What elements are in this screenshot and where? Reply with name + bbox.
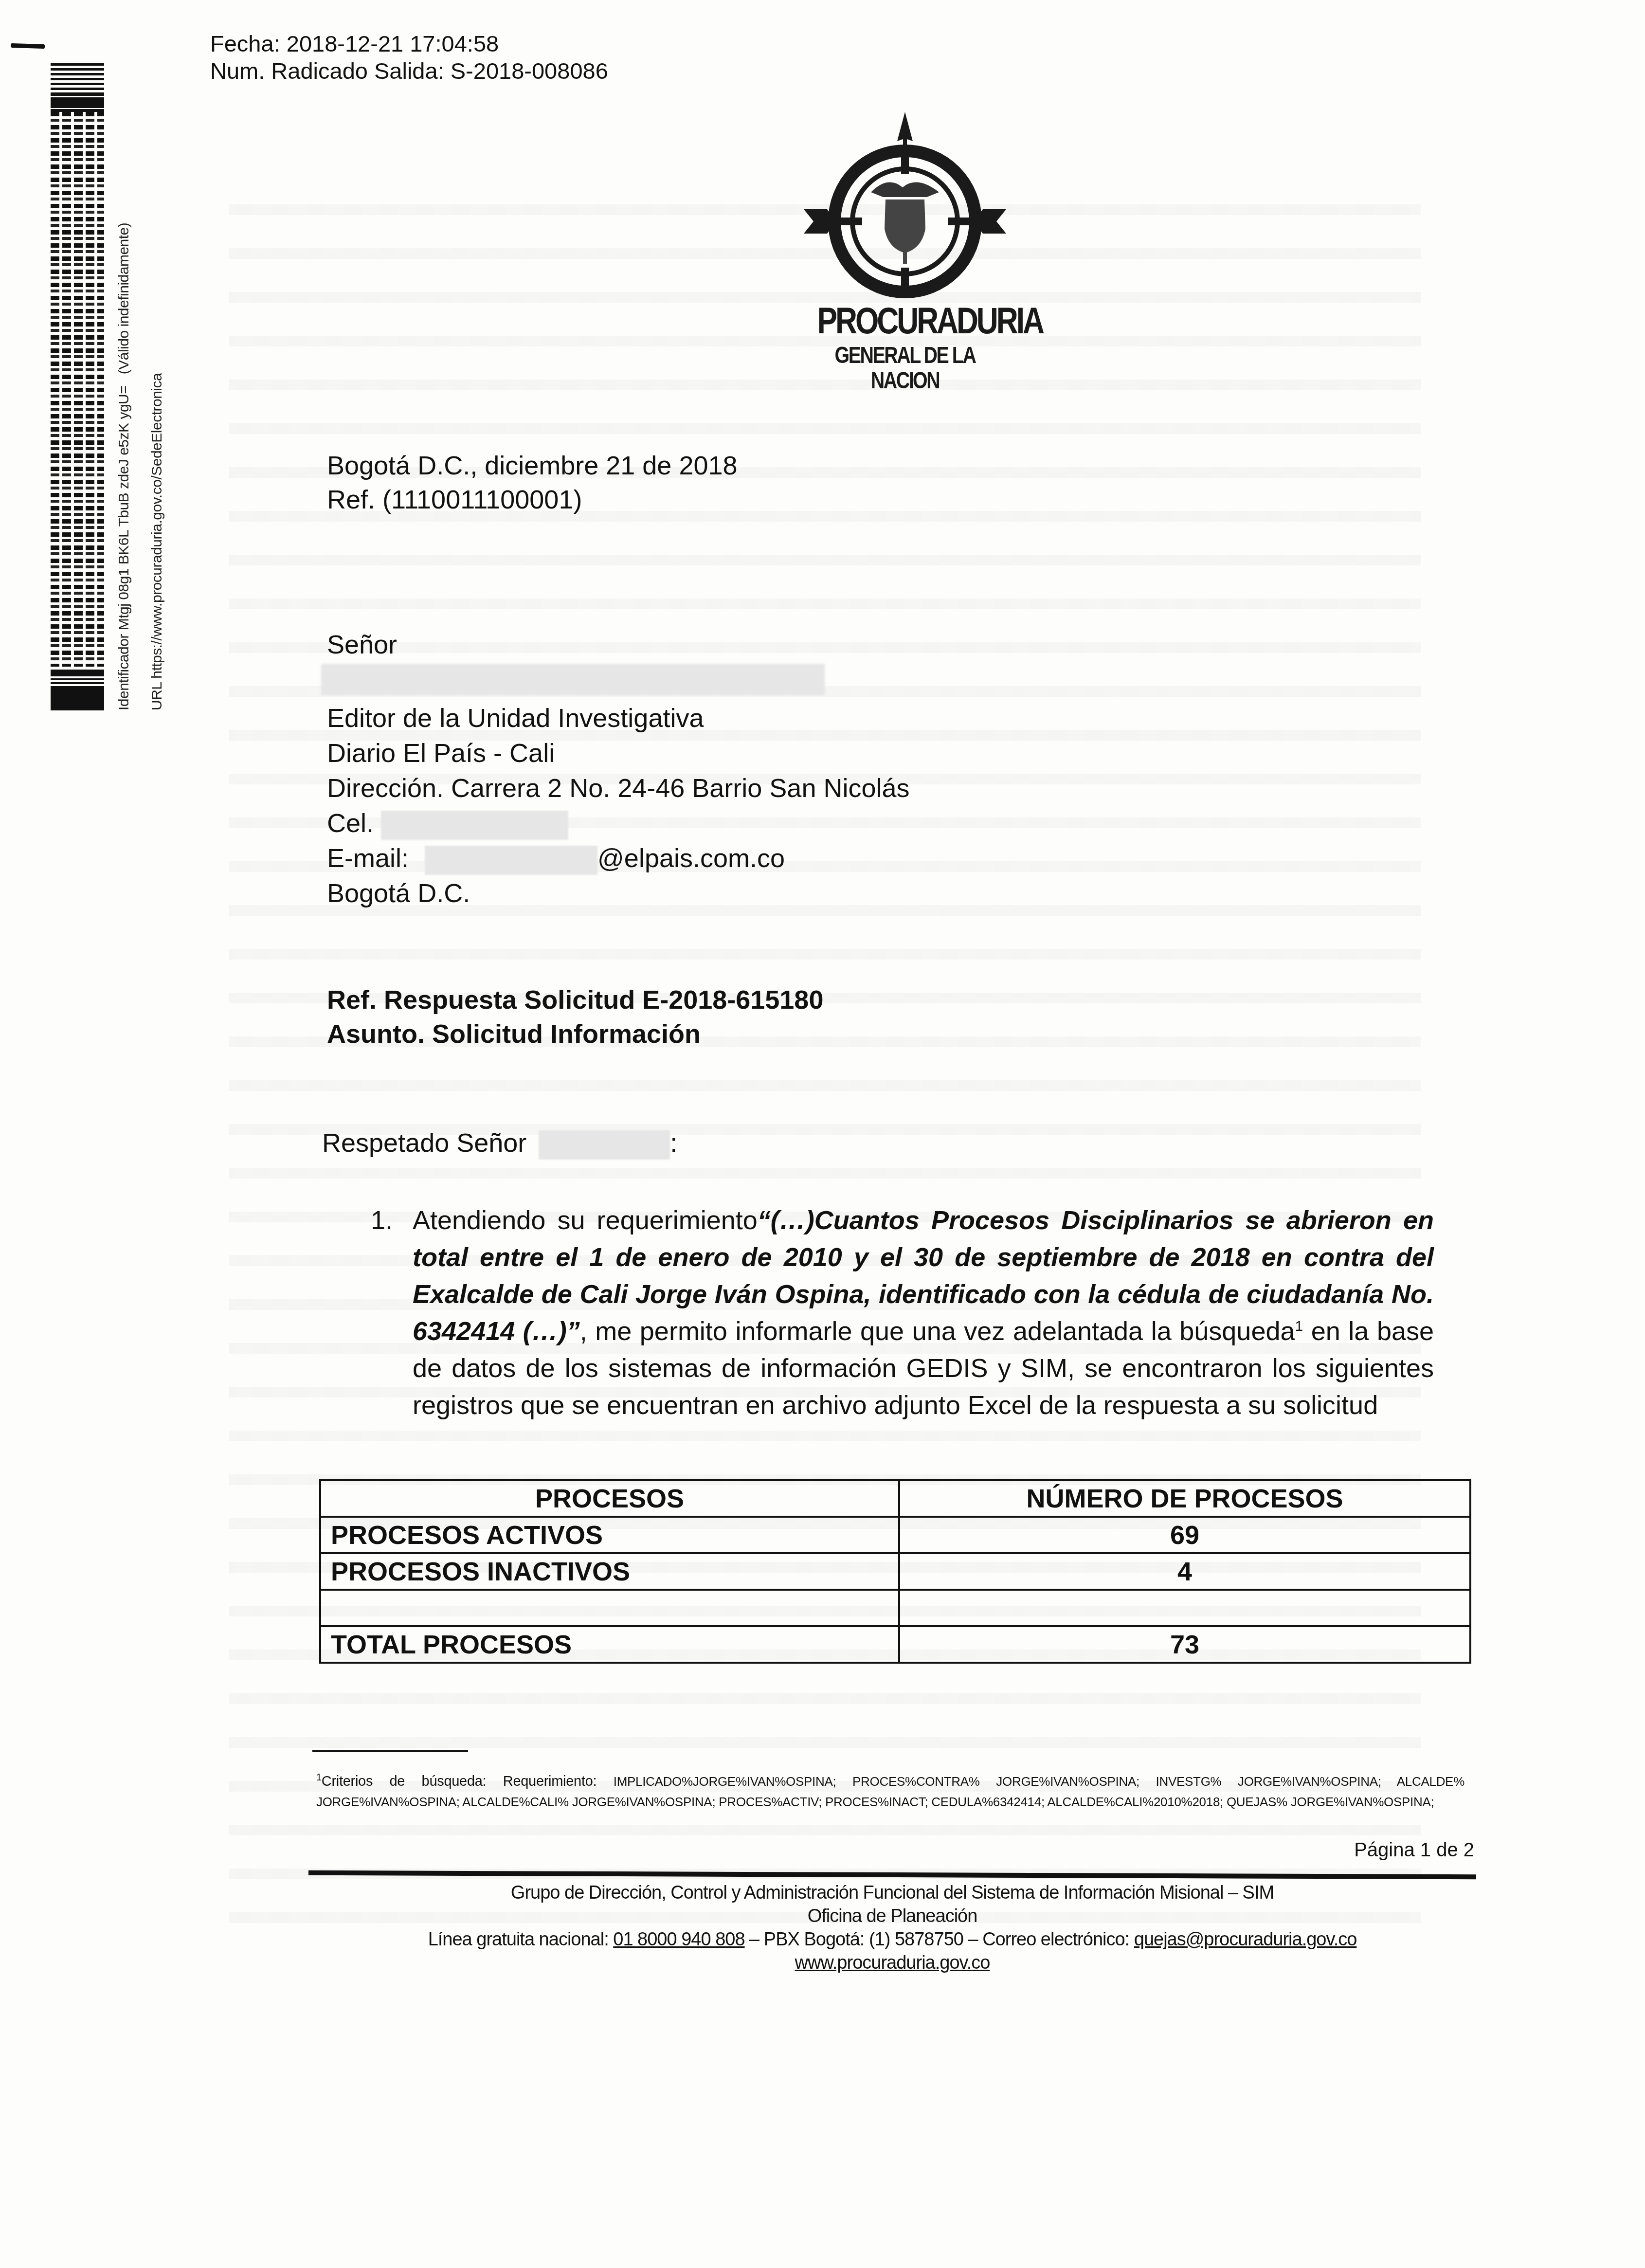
table-row-total: TOTAL PROCESOS 73: [320, 1626, 1470, 1663]
footnote-marker: 1: [316, 1772, 322, 1783]
barcode-identifier-text: Identificador Mtgj 08g1 BK6L TbuB zdeJ e…: [116, 223, 132, 710]
barcode-stop-pattern: [51, 671, 104, 710]
response-reference: Ref. Respuesta Solicitud E-2018-615180: [327, 983, 823, 1017]
barcode-start-pattern: [51, 63, 104, 92]
logo-subtitle: GENERAL DE LA NACION: [817, 343, 993, 394]
paper-bleed-through: [229, 185, 1421, 1937]
complaints-email-link[interactable]: quejas@procuraduria.gov.co: [1134, 1929, 1357, 1950]
item-paragraph: Atendiendo su requerimiento“(…)Cuantos P…: [413, 1202, 1434, 1424]
recipient-city: Bogotá D.C.: [327, 876, 910, 911]
redacted-surname: [539, 1130, 670, 1160]
internal-reference: Ref. (1110011100001): [327, 483, 738, 517]
salutation-title: Señor: [327, 628, 397, 662]
greeting: Respetado Señor :: [322, 1128, 677, 1160]
recipient-address: Dirección. Carrera 2 No. 24-46 Barrio Sa…: [327, 771, 910, 806]
row-label: [320, 1590, 899, 1626]
table-header-row: PROCESOS NÚMERO DE PROCESOS: [320, 1480, 1470, 1517]
recipient-cel: Cel.: [327, 806, 910, 841]
column-header-processes: PROCESOS: [320, 1480, 899, 1517]
logo-title: PROCURADURIA: [817, 302, 993, 341]
footnote-separator: [312, 1750, 468, 1752]
filing-date: Fecha: 2018-12-21 17:04:58: [210, 30, 608, 57]
table-row: PROCESOS ACTIVOS 69: [320, 1517, 1470, 1553]
row-value: [899, 1590, 1470, 1626]
process-count-table: PROCESOS NÚMERO DE PROCESOS PROCESOS ACT…: [319, 1479, 1471, 1664]
crosshair-coat-of-arms-icon: [798, 107, 1012, 302]
barcode-url-text: URL https://www.procuraduria.gov.co/Sede…: [149, 373, 165, 710]
table-row-empty: [320, 1590, 1470, 1626]
item-number: 1.: [371, 1202, 393, 1239]
footer-department: Grupo de Dirección, Control y Administra…: [308, 1881, 1476, 1905]
redacted-phone: [381, 811, 568, 840]
row-label: PROCESOS INACTIVOS: [320, 1553, 899, 1590]
footer-website: www.procuraduria.gov.co: [308, 1951, 1476, 1975]
row-value: 4: [899, 1553, 1470, 1590]
pen-mark: [11, 43, 45, 49]
recipient-email: E-mail: @elpais.com.co: [327, 841, 910, 876]
column-header-count: NÚMERO DE PROCESOS: [899, 1480, 1470, 1517]
subject-block: Ref. Respuesta Solicitud E-2018-615180 A…: [327, 983, 823, 1051]
subject-line: Asunto. Solicitud Información: [327, 1017, 823, 1051]
free-phone-link[interactable]: 01 8000 940 808: [613, 1929, 744, 1950]
website-link[interactable]: www.procuraduria.gov.co: [795, 1953, 990, 1973]
redacted-recipient-name: [321, 664, 825, 695]
date-reference-block: Bogotá D.C., diciembre 21 de 2018 Ref. (…: [327, 449, 738, 517]
row-label: TOTAL PROCESOS: [320, 1626, 899, 1663]
footer-rule: [308, 1870, 1476, 1879]
place-date: Bogotá D.C., diciembre 21 de 2018: [327, 449, 738, 483]
recipient-address-block: Editor de la Unidad Investigativa Diario…: [327, 701, 910, 911]
barcode-start-block: [51, 97, 104, 108]
row-value: 73: [899, 1626, 1470, 1663]
row-label: PROCESOS ACTIVOS: [320, 1517, 899, 1553]
filing-header: Fecha: 2018-12-21 17:04:58 Num. Radicado…: [210, 30, 608, 85]
table-row: PROCESOS INACTIVOS 4: [320, 1553, 1470, 1590]
footer-office: Oficina de Planeación: [308, 1905, 1476, 1928]
redacted-email-user: [425, 846, 597, 875]
filing-number: Num. Radicado Salida: S-2018-008086: [210, 57, 608, 85]
page-number: Página 1 de 2: [1323, 1839, 1474, 1861]
row-value: 69: [899, 1517, 1470, 1553]
footnote-reference: 1: [1295, 1318, 1303, 1334]
pdf417-barcode: [51, 63, 104, 710]
procuraduria-logo: PROCURADURIA GENERAL DE LA NACION: [798, 107, 1012, 389]
footnote-1: 1Criterios de búsqueda: Requerimiento: I…: [316, 1767, 1464, 1812]
footer: Grupo de Dirección, Control y Administra…: [308, 1881, 1476, 1975]
footer-contact: Línea gratuita nacional: 01 8000 940 808…: [308, 1928, 1476, 1951]
barcode-data-area: [51, 112, 104, 667]
recipient-role: Editor de la Unidad Investigativa: [327, 701, 910, 736]
recipient-organization: Diario El País - Cali: [327, 736, 910, 771]
